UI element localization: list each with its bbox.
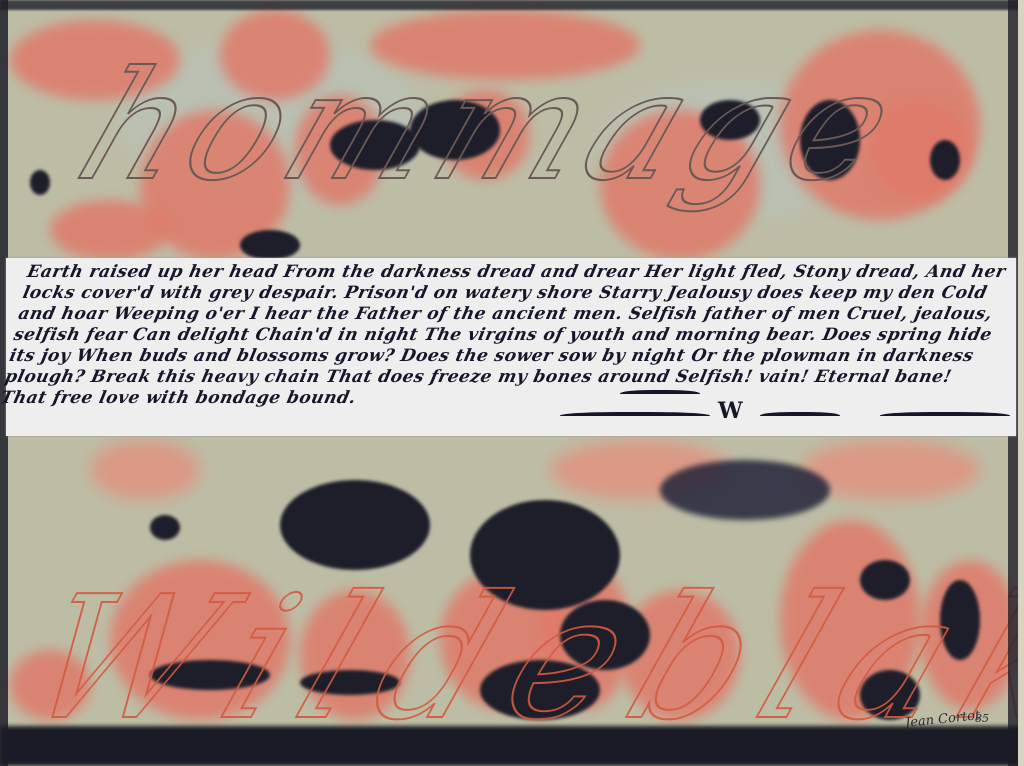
- ink-flourish: [760, 412, 840, 421]
- ink-flourish: [560, 412, 710, 421]
- dark-edge-bottom: [0, 726, 1024, 766]
- ink-blot: [280, 480, 430, 570]
- signature-year: 85: [975, 712, 989, 725]
- ink-flourish: [880, 412, 1010, 421]
- handwritten-text-band: Earth raised up her head From the darkne…: [6, 258, 1016, 436]
- mat-border: [1018, 0, 1024, 766]
- incised-word-top: hommage: [58, 40, 923, 214]
- dark-edge-top: [0, 0, 1024, 10]
- band-initial: W: [718, 398, 743, 424]
- ink-blot: [30, 170, 50, 195]
- ink-blot: [150, 515, 180, 540]
- ink-blot: [240, 230, 300, 260]
- painting: hommage Wildeblake Earth raised up her h…: [0, 0, 1024, 766]
- ink-flourish: [620, 390, 700, 399]
- pink-wash: [90, 440, 200, 500]
- handwritten-poem: Earth raised up her head From the darkne…: [0, 262, 1024, 409]
- ink-blot: [930, 140, 960, 180]
- ink-blot: [660, 460, 830, 520]
